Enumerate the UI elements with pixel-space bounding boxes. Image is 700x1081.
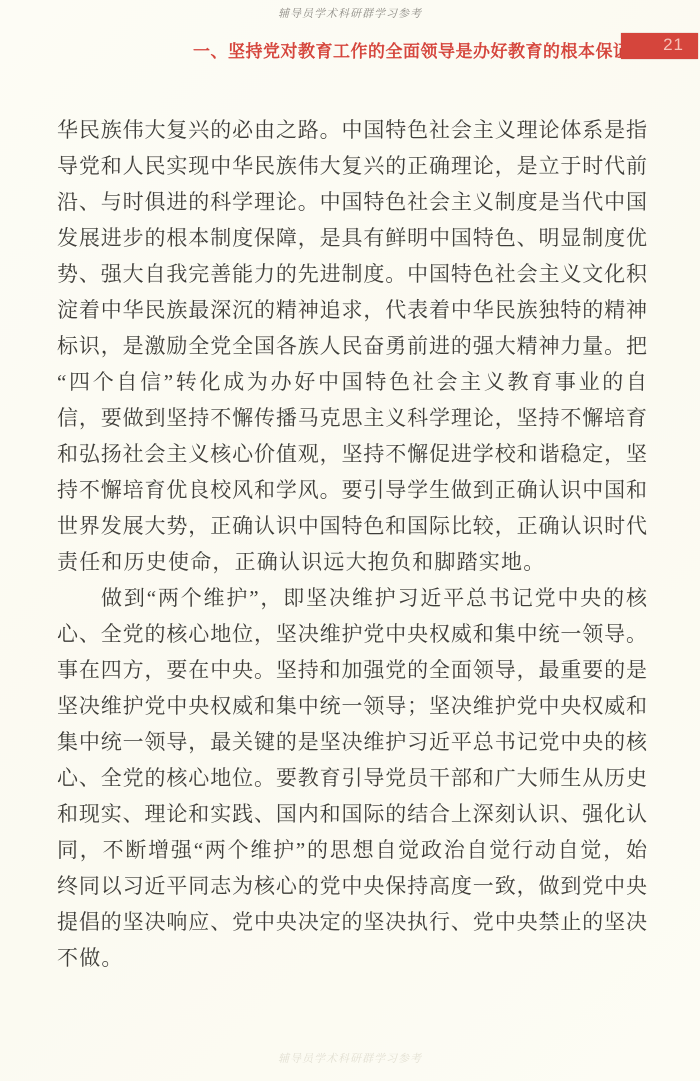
text-line: 导党和人民实现中华民族伟大复兴的正确理论，是立于时代前 [57, 148, 647, 184]
text-line: 和现实、理论和实践、国内和国际的结合上深刻认识、强化认 [57, 796, 647, 832]
page-number-badge: 21 [621, 33, 698, 59]
text-line: 心、全党的核心地位。要教育引导党员干部和广大师生从历史 [57, 760, 647, 796]
text-line: “四个自信”转化成为办好中国特色社会主义教育事业的自 [57, 364, 647, 400]
text-line: 信，要做到坚持不懈传播马克思主义科学理论，坚持不懈培育 [57, 400, 647, 436]
text-line: 势、强大自我完善能力的先进制度。中国特色社会主义文化积 [57, 256, 647, 292]
text-line: 坚决维护党中央权威和集中统一领导；坚决维护党中央权威和 [57, 688, 647, 724]
page-number: 21 [663, 35, 684, 55]
text-line: 终同以习近平同志为核心的党中央保持高度一致，做到党中央 [57, 868, 647, 904]
body-text: 华民族伟大复兴的必由之路。中国特色社会主义理论体系是指 导党和人民实现中华民族伟… [57, 112, 647, 976]
text-line: 发展进步的根本制度保障，是具有鲜明中国特色、明显制度优 [57, 220, 647, 256]
watermark-bottom: 辅导员学术科研群学习参考 [0, 1050, 700, 1066]
text-line: 标识，是激励全党全国各族人民奋勇前进的强大精神力量。把 [57, 328, 647, 364]
text-line: 沿、与时俱进的科学理论。中国特色社会主义制度是当代中国 [57, 184, 647, 220]
text-line: 事在四方，要在中央。坚持和加强党的全面领导，最重要的是 [57, 652, 647, 688]
text-line: 和弘扬社会主义核心价值观，坚持不懈促进学校和谐稳定，坚 [57, 436, 647, 472]
text-line: 做到“两个维护”，即坚决维护习近平总书记党中央的核 [57, 580, 647, 616]
text-line: 不做。 [57, 940, 647, 976]
text-line: 世界发展大势，正确认识中国特色和国际比较，正确认识时代 [57, 508, 647, 544]
text-line: 心、全党的核心地位，坚决维护党中央权威和集中统一领导。 [57, 616, 647, 652]
text-line: 淀着中华民族最深沉的精神追求，代表着中华民族独特的精神 [57, 292, 647, 328]
text-line: 集中统一领导，最关键的是坚决维护习近平总书记党中央的核 [57, 724, 647, 760]
text-line: 华民族伟大复兴的必由之路。中国特色社会主义理论体系是指 [57, 112, 647, 148]
page-header: 一、坚持党对教育工作的全面领导是办好教育的根本保证 21 [0, 0, 700, 70]
chapter-title: 一、坚持党对教育工作的全面领导是办好教育的根本保证 [193, 37, 631, 62]
book-page: 辅导员学术科研群学习参考 一、坚持党对教育工作的全面领导是办好教育的根本保证 2… [0, 0, 700, 1081]
text-line: 持不懈培育优良校风和学风。要引导学生做到正确认识中国和 [57, 472, 647, 508]
text-line: 提倡的坚决响应、党中央决定的坚决执行、党中央禁止的坚决 [57, 904, 647, 940]
text-line: 责任和历史使命，正确认识远大抱负和脚踏实地。 [57, 544, 647, 580]
text-line: 同，不断增强“两个维护”的思想自觉政治自觉行动自觉，始 [57, 832, 647, 868]
